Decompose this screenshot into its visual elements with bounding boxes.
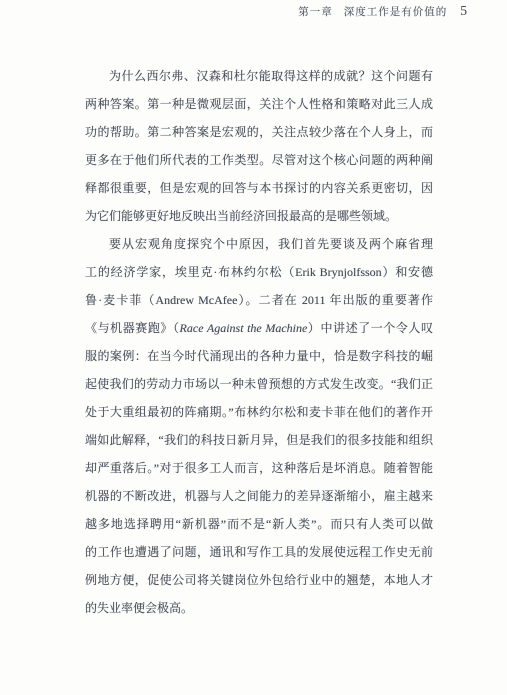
text-line: 处于大重组最初的阵痛期。”布林约尔松和麦卡菲在他们的著作开: [85, 398, 433, 426]
page-number: 5: [460, 3, 467, 18]
text-line: 服的案例：在当今时代涌现出的各种力量中，恰是数字科技的崛: [85, 342, 433, 370]
book-page: 第一章 深度工作是有价值的 5 为什么西尔弗、汉森和杜尔能取得这样的成就？这个问…: [0, 0, 507, 695]
text-line: 的失业率便会极高。: [85, 594, 433, 622]
text-line: 的工作也遭遇了问题，通讯和写作工具的发展使远程工作史无前: [85, 538, 433, 566]
text-line: 起使我们的劳动力市场以一种未曾预想的方式发生改变。“我们正: [85, 370, 433, 398]
text-line: 例地方便，促使公司将关键岗位外包给行业中的翘楚，本地人才: [85, 566, 433, 594]
text-segment: 《与机器赛跑》（: [85, 321, 180, 335]
text-line: 为它们能够更好地反映出当前经济回报最高的是哪些领域。: [85, 202, 433, 230]
chapter-title: 深度工作是有价值的: [344, 5, 448, 20]
book-title-italic: Race Against the Machine: [180, 321, 308, 335]
text-line: 更多在于他们所代表的工作类型。尽管对这个核心问题的两种阐: [85, 146, 433, 174]
chapter-label: 第一章: [298, 5, 333, 20]
text-line: 两种答案。第一种是微观层面，关注个人性格和策略对此三人成: [85, 90, 433, 118]
text-line: 越多地选择聘用“新机器”而不是“新人类”。而只有人类可以做: [85, 510, 433, 538]
text-line: 端如此解释，“我们的科技日新月异，但是我们的很多技能和组织: [85, 426, 433, 454]
text-segment: ）中讲述了一个令人叹: [307, 321, 433, 335]
text-line: 为什么西尔弗、汉森和杜尔能取得这样的成就？这个问题有: [85, 62, 433, 90]
running-head: 第一章 深度工作是有价值的 5: [298, 3, 467, 20]
body-text: 为什么西尔弗、汉森和杜尔能取得这样的成就？这个问题有 两种答案。第一种是微观层面…: [85, 62, 433, 622]
text-line-with-book-title: 《与机器赛跑》（Race Against the Machine）中讲述了一个令…: [85, 314, 433, 342]
text-line: 鲁·麦卡菲（Andrew McAfee）。二者在 2011 年出版的重要著作: [85, 286, 433, 314]
text-line: 要从宏观角度探究个中原因，我们首先要谈及两个麻省理: [85, 230, 433, 258]
text-line: 释都很重要，但是宏观的回答与本书探讨的内容关系更密切，因: [85, 174, 433, 202]
text-line: 机器的不断改进，机器与人之间能力的差异逐渐缩小，雇主越来: [85, 482, 433, 510]
text-line: 功的帮助。第二种答案是宏观的，关注点较少落在个人身上，而: [85, 118, 433, 146]
text-line: 却严重落后。”对于很多工人而言，这种落后是坏消息。随着智能: [85, 454, 433, 482]
text-line: 工的经济学家，埃里克·布林约尔松（Erik Brynjolfsson）和安德: [85, 258, 433, 286]
